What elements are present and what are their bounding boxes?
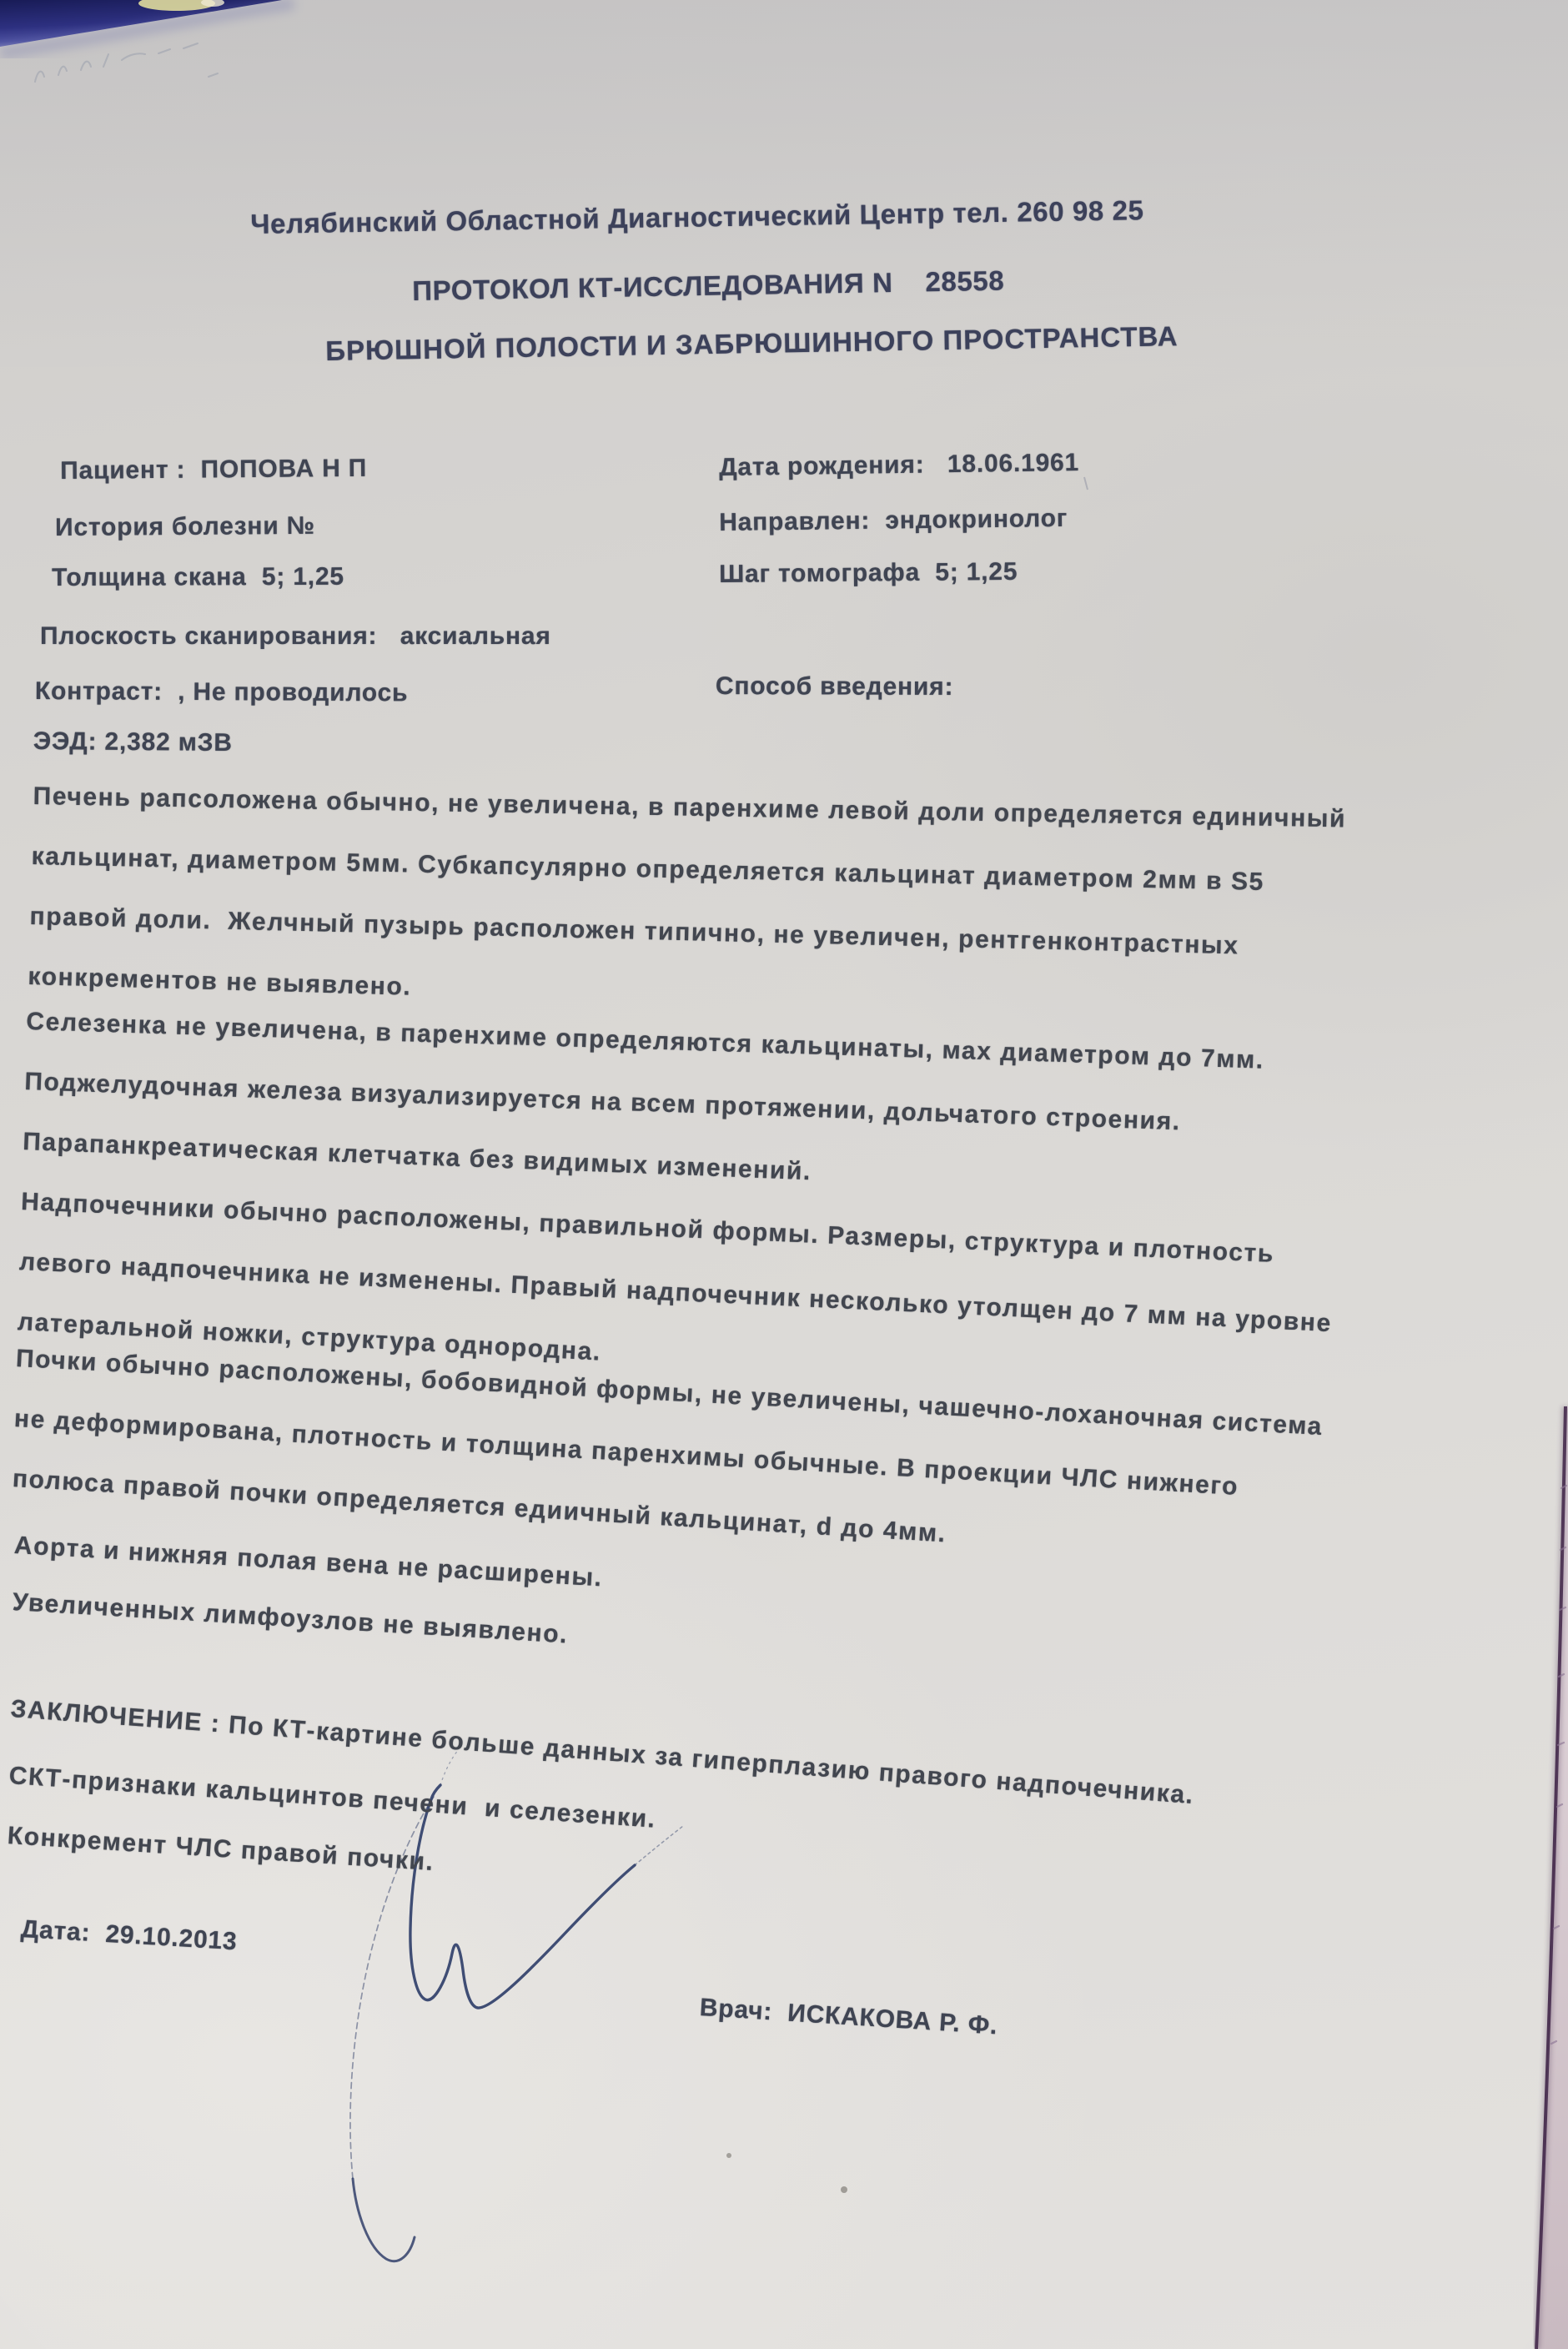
ct-protocol-photo: Челябинский Областной Диагностический Це… [0,0,1568,2349]
field-administration-method: Способ введения: [716,672,953,702]
dust-speck [726,2153,731,2158]
field-scan-plane: Плоскость сканирования: аксиальная [40,622,551,651]
field-birth-date: Дата рождения: 18.06.1961 [719,449,1079,482]
field-tomograph-step: Шаг томографа 5; 1,25 [719,558,1018,589]
field-eed: ЭЭД: 2,382 мЗВ [33,727,233,757]
field-patient: Пациент : ПОПОВА Н П [60,455,367,485]
field-contrast: Контраст: , Не проводилось [35,677,409,707]
field-case-history: История болезни № [55,512,315,542]
dust-speck [841,2186,847,2193]
signature-bottom-loop [353,2179,415,2261]
field-referred-by: Направлен: эндокринолог [719,505,1068,537]
field-scan-thickness: Толщина скана 5; 1,25 [52,563,344,592]
stray-pen-tick [1084,477,1088,490]
